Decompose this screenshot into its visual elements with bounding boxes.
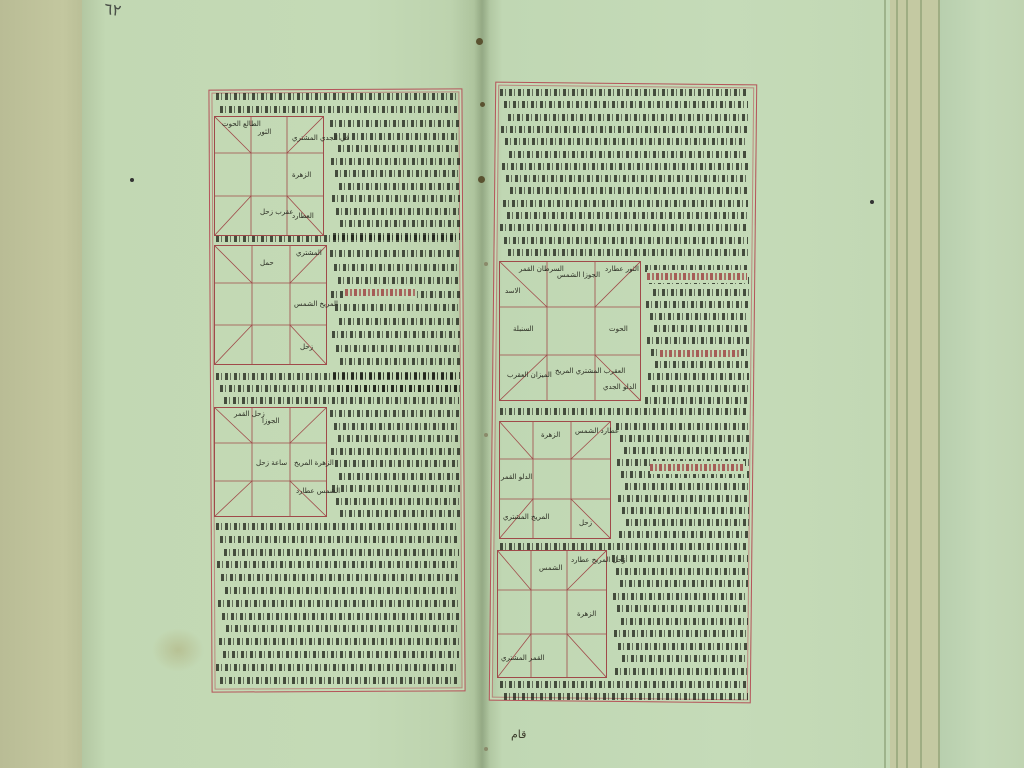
binding-hole — [480, 102, 485, 107]
chart-cell-label: الزهرة — [541, 431, 560, 439]
ink-stroke — [507, 209, 748, 222]
horoscope-chart-right-3: الشمس زحل المريخ عطارد الزهرة القمر المش… — [497, 550, 607, 678]
handwritten-text-line — [500, 123, 748, 136]
paper-speck — [870, 200, 874, 204]
ink-stroke — [216, 661, 459, 674]
handwritten-text-line — [500, 86, 748, 99]
rubric-ink-line — [345, 286, 415, 299]
book-gutter — [474, 0, 490, 768]
ink-stroke — [612, 552, 748, 565]
handwritten-text-line — [500, 111, 748, 124]
handwritten-text-line — [612, 665, 748, 678]
ink-stroke — [504, 98, 748, 111]
handwritten-text-line — [330, 457, 460, 470]
handwritten-text-line — [216, 648, 459, 661]
handwritten-text-line — [216, 520, 459, 533]
ink-stroke — [614, 627, 748, 640]
rubric-ink-line — [650, 461, 745, 474]
chart-cell-label: الثور عطارد — [605, 265, 639, 273]
handwritten-text-line — [330, 167, 460, 180]
handwritten-text-line — [612, 565, 748, 578]
handwritten-text-line — [330, 507, 460, 520]
handwritten-text-line — [216, 533, 459, 546]
ink-stroke — [332, 482, 460, 495]
chart-cell-label: عطارد الشمس — [575, 427, 619, 435]
handwritten-text-line — [330, 247, 460, 260]
ink-stroke — [336, 495, 460, 508]
background-right-edge — [940, 0, 1024, 768]
ink-stroke — [339, 315, 460, 328]
chart-cell-label: عقرب زحل — [260, 208, 293, 216]
handwritten-text-line — [330, 445, 460, 458]
ink-stroke — [334, 130, 460, 143]
ink-stroke — [220, 533, 459, 546]
chart-cell-label: الشمس — [539, 564, 562, 572]
ink-stroke — [510, 184, 748, 197]
handwritten-text-line — [612, 652, 748, 665]
ink-stroke — [616, 565, 748, 578]
ink-stroke — [220, 103, 459, 116]
ink-stroke — [330, 117, 460, 130]
ink-stroke — [500, 221, 748, 234]
ink-stroke — [334, 420, 460, 433]
ink-stroke — [615, 665, 748, 678]
handwritten-text-line — [500, 405, 748, 418]
ink-stroke — [613, 590, 748, 603]
handwritten-text-line — [500, 135, 748, 148]
ink-stroke — [500, 86, 748, 99]
handwritten-text-line — [330, 192, 460, 205]
ink-stroke — [331, 155, 460, 168]
ink-stroke — [501, 123, 748, 136]
ink-stroke — [335, 457, 460, 470]
ink-stroke — [339, 470, 460, 483]
ink-stroke — [331, 445, 460, 458]
ink-stroke — [216, 90, 459, 103]
handwritten-text-line — [216, 394, 459, 407]
handwritten-text-line — [612, 590, 748, 603]
handwritten-text-line — [216, 558, 459, 571]
chart-cell-label: العقرب المشتري المريخ — [555, 367, 625, 375]
catchword: قام — [511, 728, 526, 741]
ink-stroke — [338, 432, 460, 445]
ink-stroke — [508, 111, 748, 124]
chart-cell-label: الطالع الحوت — [222, 120, 261, 128]
horoscope-chart-left-3: زحل القمر الجوزا ساعة زحل الزهرة المريخ … — [214, 407, 327, 517]
ink-stroke — [618, 640, 748, 653]
handwritten-text-line — [500, 690, 748, 703]
paper-speck — [130, 178, 134, 182]
ink-stroke — [334, 261, 460, 274]
ink-stroke — [218, 597, 459, 610]
ink-stroke — [621, 615, 748, 628]
binding-hole — [484, 262, 488, 266]
ink-stroke — [338, 142, 460, 155]
ink-stroke — [336, 205, 460, 218]
handwritten-text-line — [330, 130, 460, 143]
handwritten-text-line — [216, 571, 459, 584]
ink-stroke — [617, 602, 748, 615]
chart-cell-label: العطارد — [292, 212, 314, 220]
chart-cell-label: الميزان العقرب — [507, 371, 552, 379]
handwritten-text-line — [216, 622, 459, 635]
ink-stroke — [504, 234, 748, 247]
rubric-ink-line — [647, 270, 747, 283]
handwritten-text-line — [330, 315, 460, 328]
handwritten-text-line — [216, 597, 459, 610]
folio-number: ٦٢ — [103, 0, 123, 20]
handwritten-text-line — [612, 602, 748, 615]
chart-cell-label: ساعة زحل — [256, 459, 287, 467]
ink-stroke — [500, 405, 748, 418]
handwritten-text-line — [330, 482, 460, 495]
handwritten-text-line — [216, 103, 459, 116]
ink-stroke — [505, 135, 748, 148]
chart-cell-label: الدلو الجدي — [603, 383, 636, 391]
ink-stroke — [336, 342, 460, 355]
handwritten-text-line — [330, 155, 460, 168]
horoscope-chart-left-1: الطالع الحوت الثور في الجدي المشتري الزه… — [214, 116, 324, 236]
ink-stroke — [504, 690, 748, 703]
binding-hole — [484, 433, 488, 437]
chart-cell-label: المريخ الشمس — [294, 300, 338, 308]
ink-stroke — [340, 217, 460, 230]
handwritten-text-line — [330, 420, 460, 433]
handwritten-text-line — [330, 407, 460, 420]
ink-stroke — [508, 246, 748, 259]
ink-stroke — [339, 180, 460, 193]
handwritten-text-line — [216, 546, 459, 559]
ink-stroke — [330, 407, 460, 420]
handwritten-text-line — [330, 328, 460, 341]
ink-stroke — [340, 355, 460, 368]
ink-stroke — [330, 247, 460, 260]
handwritten-text-line — [330, 355, 460, 368]
handwritten-text-line — [216, 674, 459, 687]
handwritten-text-line — [500, 160, 748, 173]
handwritten-text-line — [216, 610, 459, 623]
handwritten-text-line — [330, 117, 460, 130]
paper-stain — [152, 628, 204, 672]
ink-stroke — [340, 507, 460, 520]
chart-cell-label: الاسد — [505, 287, 520, 295]
binding-hole — [476, 38, 483, 45]
handwritten-text-line — [500, 148, 748, 161]
ink-stroke — [332, 328, 460, 341]
handwritten-text-line — [612, 627, 748, 640]
handwritten-text-line — [612, 615, 748, 628]
handwritten-text-line — [216, 584, 459, 597]
ink-stroke — [220, 674, 459, 687]
handwritten-text-line — [500, 221, 748, 234]
ink-stroke — [226, 622, 459, 635]
chart-cell-label: زحل — [300, 343, 313, 351]
chart-cell-label: الزهرة — [577, 610, 596, 618]
ink-stroke — [221, 571, 459, 584]
ink-stroke — [224, 546, 459, 559]
horoscope-chart-left-2: حمل المشتري المريخ الشمس زحل — [214, 245, 327, 365]
handwritten-text-line — [500, 234, 748, 247]
chart-cell-label: الجوزا — [262, 417, 280, 425]
handwritten-text-line — [330, 470, 460, 483]
handwritten-text-line — [612, 552, 748, 565]
chart-cell-label: القمر المشتري — [501, 654, 545, 662]
chart-cell-label: زحل المريخ عطارد — [571, 556, 625, 564]
ink-stroke — [620, 577, 748, 590]
ink-stroke — [225, 584, 459, 597]
handwritten-text-line — [216, 661, 459, 674]
ink-stroke — [622, 652, 748, 665]
ink-stroke — [332, 192, 460, 205]
ink-stroke — [222, 610, 459, 623]
handwritten-text-line — [612, 640, 748, 653]
ink-stroke — [224, 394, 459, 407]
chart-cell-label: زحل — [579, 519, 592, 527]
handwritten-text-line — [612, 577, 748, 590]
binding-hole — [484, 747, 488, 751]
page-edges — [878, 0, 948, 768]
chart-cell-label: حمل — [260, 259, 274, 267]
handwritten-text-line — [330, 180, 460, 193]
chart-cell-label: زحل القمر — [234, 410, 265, 418]
chart-cell-label: الزهرة المريخ — [294, 459, 334, 467]
chart-cell-label: المشتري — [296, 249, 322, 257]
rubric-ink-line — [660, 347, 740, 360]
chart-cell-label: الشمس عطارد — [296, 487, 340, 495]
handwritten-text-line — [500, 184, 748, 197]
handwritten-text-line — [330, 217, 460, 230]
handwritten-text-line — [330, 342, 460, 355]
handwritten-text-line — [500, 209, 748, 222]
horoscope-chart-right-2: الزهرة عطارد الشمس الدلو القمر المريخ ال… — [499, 421, 611, 539]
handwritten-text-line — [500, 246, 748, 259]
binding-hole — [478, 176, 485, 183]
ink-stroke — [335, 301, 460, 314]
handwritten-text-line — [330, 142, 460, 155]
handwritten-text-line — [330, 301, 460, 314]
ink-stroke — [506, 172, 748, 185]
handwritten-text-line — [216, 635, 459, 648]
ink-stroke — [217, 558, 459, 571]
handwritten-text-line — [330, 432, 460, 445]
ink-stroke — [335, 167, 460, 180]
chart-cell-label: المريخ المشتري — [503, 513, 550, 521]
handwritten-text-line — [500, 98, 748, 111]
ink-stroke — [502, 160, 748, 173]
background-left-edge — [0, 0, 90, 768]
chart-cell-label: السنبلة — [513, 325, 534, 333]
handwritten-text-line — [330, 205, 460, 218]
handwritten-text-line — [330, 495, 460, 508]
ink-stroke — [503, 197, 748, 210]
handwritten-text-line — [500, 197, 748, 210]
ink-stroke — [223, 648, 459, 661]
chart-cell-label: الحوت — [609, 325, 628, 333]
ink-stroke — [219, 635, 459, 648]
horoscope-chart-right-1: السرطان القمر الجوزا الشمس الثور عطارد ا… — [499, 261, 641, 401]
ink-stroke — [216, 520, 459, 533]
chart-cell-label: الدلو القمر — [501, 473, 532, 481]
handwritten-text-line — [216, 90, 459, 103]
chart-cell-label: الجوزا الشمس — [557, 271, 600, 279]
ink-stroke — [509, 148, 748, 161]
handwritten-text-line — [330, 261, 460, 274]
chart-cell-label: الثور — [258, 128, 271, 136]
handwritten-text-line — [500, 172, 748, 185]
chart-cell-label: الزهرة — [292, 171, 311, 179]
chart-cell-label: في الجدي المشتري — [292, 134, 349, 142]
